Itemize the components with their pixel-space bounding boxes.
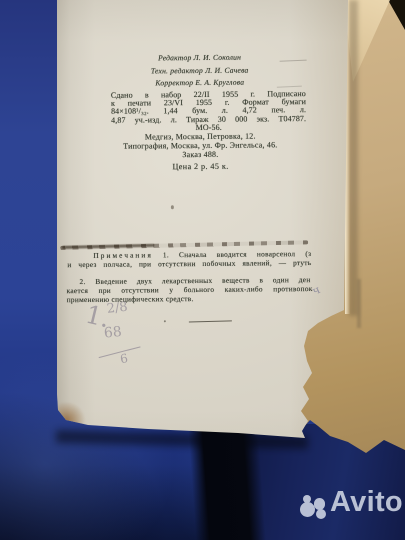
order-line: Заказ 488.: [56, 149, 344, 161]
imprint-block: Сдано в набор 22/II 1955 г. Подписано к …: [111, 90, 306, 133]
avito-watermark: Avito: [298, 492, 405, 532]
price-line: Цена 2 р. 45 к.: [56, 161, 344, 173]
avito-logo-icon: [316, 509, 326, 519]
avito-logo-icon: [314, 498, 326, 510]
pencil-mark: 6: [119, 351, 129, 366]
book-spine-shadow: [188, 426, 266, 540]
avito-logo-text: Avito: [330, 486, 403, 519]
print-through-mark: [357, 279, 361, 328]
book-colophon-photo: Редактор Л. И. Соколин Техн. редактор Л.…: [0, 0, 405, 540]
pencil-mark: 2/8: [106, 300, 128, 317]
notes-line-5: применению специфических средств.: [67, 294, 194, 304]
small-speck: [171, 205, 174, 209]
avito-logo-icon: [300, 502, 315, 517]
pencil-mark: 68: [103, 324, 122, 342]
notes-line-2: и через полчаса, при отсутствии побочных…: [67, 258, 311, 269]
divider-rule: [189, 320, 232, 322]
page-edge-shadow: [349, 0, 358, 316]
divider-dot: [164, 320, 166, 322]
pencil-mark: ч: [310, 283, 322, 298]
